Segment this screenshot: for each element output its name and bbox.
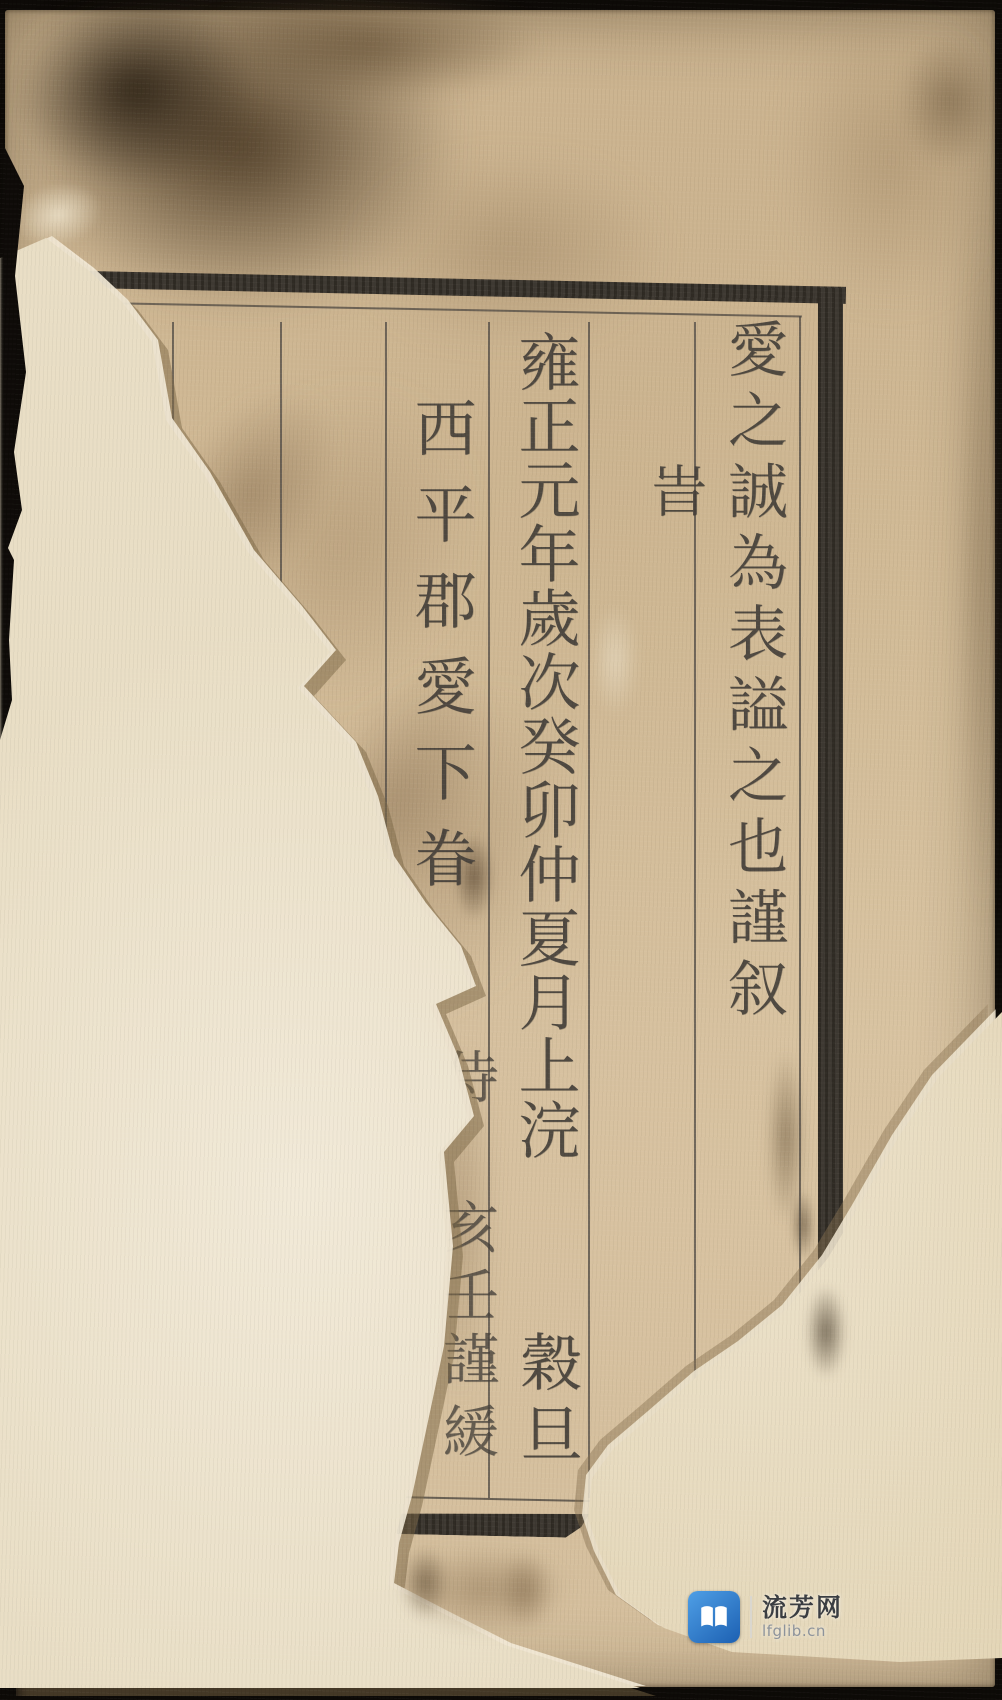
stain-light-patch-col2 (585, 590, 645, 730)
book-icon (688, 1591, 740, 1643)
text-column-1: 愛之誠為表謚之也謹叙 (710, 318, 796, 1028)
text-column-2: 旹 (634, 462, 714, 518)
text-column-4: 西平郡愛下眷 (396, 396, 485, 912)
stain-border-bottom-right (800, 1272, 852, 1392)
watermark-separator (750, 1596, 752, 1638)
text-column-3: 雍正元年歲次癸卯仲夏月上浣 (500, 330, 589, 1162)
site-watermark[interactable]: 流芳网 lfglib.cn (688, 1586, 878, 1648)
watermark-site-url: lfglib.cn (762, 1623, 843, 1640)
watermark-site-name: 流芳网 (762, 1594, 843, 1623)
stain-bottom-fringe-2 (395, 1535, 455, 1630)
stain-bottom-fringe-3 (490, 1540, 560, 1640)
text-column-3-ending: 穀旦 (502, 1330, 591, 1474)
